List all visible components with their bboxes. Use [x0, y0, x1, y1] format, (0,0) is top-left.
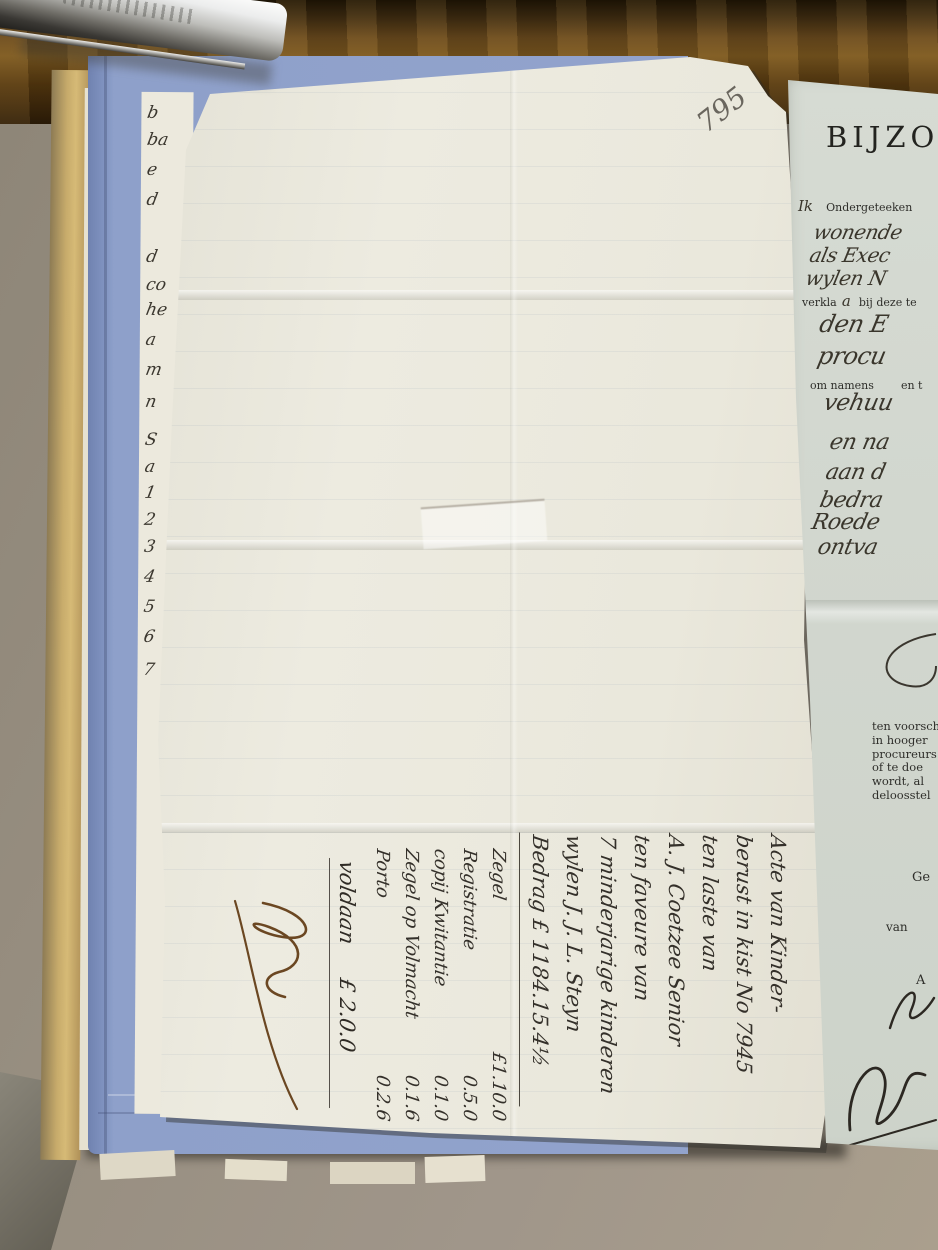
handwritten-line: vehuu — [821, 390, 895, 416]
docket-amount-line: Bedrag £ 1184.15.4½ — [519, 832, 557, 1111]
fold-crease — [150, 823, 840, 833]
printed-paragraph-line: of te doe — [872, 761, 938, 775]
handwritten-line: ontva — [815, 535, 880, 560]
fee-label: Zegel op Volmacht — [397, 847, 426, 1021]
fee-total-amount: £ 2.0.0 — [330, 975, 364, 1054]
printed-paragraph-line: in hooger — [872, 734, 938, 748]
list-number: 3 — [143, 537, 157, 557]
printed-van: van — [886, 920, 908, 934]
signature-flourish — [840, 1020, 938, 1160]
list-number: 4 — [142, 567, 156, 587]
handwritten-line: Roede — [809, 510, 882, 535]
handwritten-als-exec: als Exec — [807, 243, 892, 267]
fee-label: copij Kwitantie — [426, 847, 455, 988]
fee-label: Registratie — [455, 847, 484, 952]
fold-crease — [150, 290, 840, 300]
folded-letter-sheet: 795 Acte van Kinder- berust in kist No 7… — [150, 55, 840, 1155]
docket-line: ten faveure van — [625, 833, 659, 1123]
manuscript-fragment: e — [145, 160, 159, 180]
printed-paragraph-line: procureurs — [872, 748, 938, 762]
fee-label: Porto — [368, 847, 397, 900]
manuscript-fragment: m — [144, 360, 164, 380]
printed-paragraph: ten voorsch in hooger procureurs of te d… — [872, 720, 938, 803]
form-line-ondergeteekende: Ik Ondergeteeken — [798, 196, 912, 215]
fee-row: Registratie 0.5.0 — [455, 847, 484, 1123]
handwritten-a: a — [842, 292, 851, 310]
fee-total-row: voldaan £ 2.0.0 — [329, 858, 364, 1114]
handwritten-ik: Ik — [798, 197, 813, 215]
docket-line: berust in kist No 7945 — [727, 833, 761, 1123]
printed-paragraph-line: wordt, al — [872, 775, 938, 789]
docket-line: Acte van Kinder- — [761, 833, 795, 1123]
docket-line: A. J. Coetzee Senior — [659, 833, 693, 1123]
handwritten-wonende: wonende — [811, 220, 904, 244]
paper-tab — [425, 1155, 486, 1183]
manuscript-fragment: a — [143, 457, 157, 477]
pencil-number: 795 — [691, 80, 753, 139]
pen-flourish — [870, 628, 938, 692]
manuscript-fragment: ba — [145, 130, 170, 150]
paper-tab — [330, 1162, 415, 1184]
fee-amount: 0.2.6 — [368, 1073, 397, 1123]
docket-line: wylen J. J. L. Steyn — [557, 833, 591, 1123]
printed-paragraph-line: deloosstel — [872, 789, 938, 803]
fee-label: Zegel — [484, 847, 513, 902]
clip-embossing — [63, 0, 196, 24]
manuscript-fragment: he — [144, 300, 169, 320]
fee-row: Porto 0.2.6 — [368, 847, 397, 1123]
manuscript-fragment: d — [145, 247, 160, 267]
list-number: 7 — [142, 660, 156, 680]
manuscript-fragment: co — [144, 275, 167, 295]
printed-en-t: en t — [901, 379, 923, 392]
list-number: 1 — [143, 483, 157, 503]
printed-bij-deze: bij deze te — [859, 296, 917, 309]
printed-ondergeteekende: Ondergeteeken — [826, 201, 912, 214]
manuscript-fragment: a — [144, 330, 158, 350]
printed-paragraph-line: ten voorsch — [872, 720, 938, 734]
handwritten-wylen: wylen N — [803, 266, 888, 290]
fee-row: copij Kwitantie 0.1.0 — [426, 847, 455, 1123]
docket-rotated-block: Acte van Kinder- berust in kist No 7945 … — [175, 835, 795, 1120]
fee-amount: £1.10.0 — [484, 1050, 513, 1123]
form-title: BIJZON — [826, 120, 938, 154]
manuscript-fragment: S — [143, 430, 158, 450]
printed-verkla: verkla — [802, 296, 837, 309]
fee-amount: 0.1.6 — [397, 1073, 426, 1123]
docket-line: ten laste van — [693, 833, 727, 1123]
fee-amount: 0.5.0 — [455, 1073, 484, 1123]
fee-total-label: voldaan — [330, 858, 364, 947]
form-line-verklaar: verkla a bij deze te — [802, 291, 917, 310]
paper-tab — [225, 1159, 288, 1181]
fee-row: Zegel op Volmacht 0.1.6 — [397, 847, 426, 1123]
fee-row: Zegel £1.10.0 — [484, 847, 513, 1123]
folder-fold-line — [104, 56, 107, 1154]
docket-line: 7 minderjarige kinderen — [591, 833, 625, 1123]
printed-ge: Ge — [912, 870, 930, 885]
list-number: 5 — [142, 597, 156, 617]
list-number: 2 — [143, 510, 157, 530]
manuscript-fragment: d — [145, 190, 160, 210]
fee-amount: 0.1.0 — [426, 1073, 455, 1123]
archive-photo: b ba e d d co he a m n S a 1 2 3 4 5 6 7… — [0, 0, 938, 1250]
paper-tear — [421, 499, 548, 550]
page-fold-crease — [800, 600, 938, 624]
signature-brown-ink — [215, 895, 325, 1115]
handwritten-line: en na — [827, 430, 891, 455]
handwritten-procureur: procu — [815, 342, 889, 370]
handwritten-line: aan d — [823, 460, 887, 485]
manuscript-fragment: b — [146, 103, 161, 123]
list-number: 6 — [142, 627, 156, 647]
manuscript-fragment: n — [144, 392, 159, 412]
paper-tab — [99, 1150, 175, 1180]
handwritten-den: den E — [817, 310, 891, 338]
